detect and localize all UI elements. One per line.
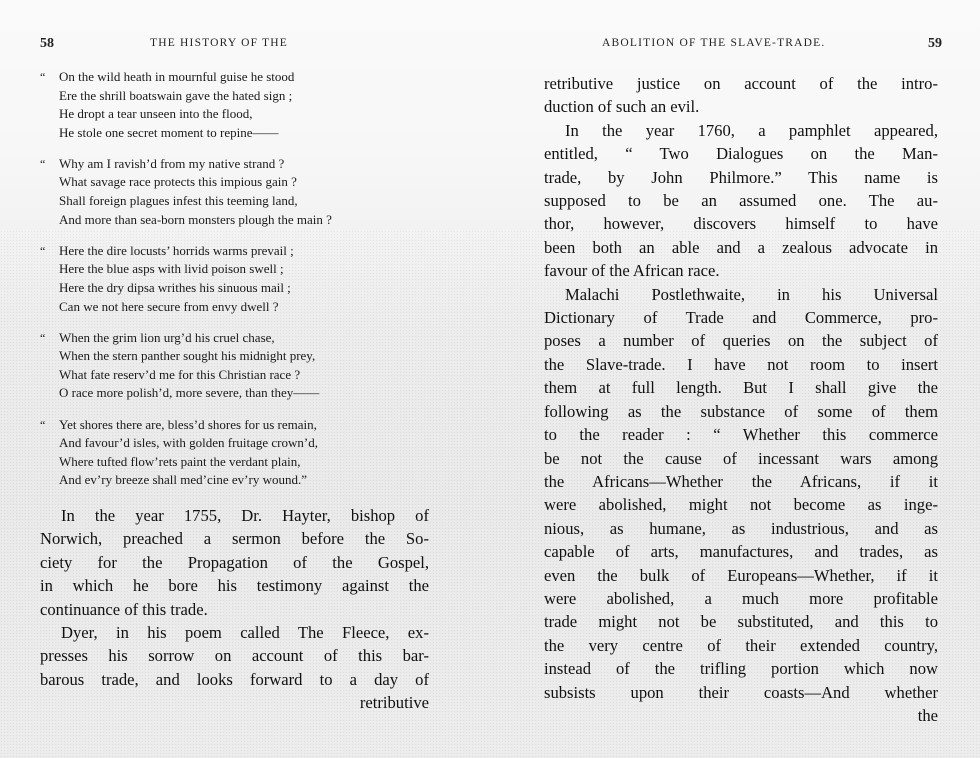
text-line: the very centre of their extended countr… xyxy=(544,634,938,657)
text-line: the Slave-trade. I have not room to inse… xyxy=(544,353,938,376)
verse-line: Here the blue asps with livid poison swe… xyxy=(40,260,430,279)
verse-text: When the grim lion urg’d his cruel chase… xyxy=(59,330,275,345)
verse-line: “Yet shores there are, bless’d shores fo… xyxy=(40,416,430,435)
stanza-2: “Why am I ravish’d from my native strand… xyxy=(40,155,430,229)
text-line: supposed to be an assumed one. The au- xyxy=(544,189,938,212)
text-line: continuance of this trade. xyxy=(40,598,429,621)
verse-text: Yet shores there are, bless’d shores for… xyxy=(59,417,317,432)
verse-text: On the wild heath in mournful guise he s… xyxy=(59,69,294,84)
text-line: retributive justice on account of the in… xyxy=(544,72,938,95)
open-quote-mark: “ xyxy=(40,416,45,435)
text-line: ciety for the Propagation of the Gospel, xyxy=(40,551,429,574)
text-line: following as the substance of some of th… xyxy=(544,400,938,423)
paragraph-postlethwaite: Malachi Postlethwaite, in his Universal … xyxy=(544,283,938,728)
left-running-head: 58 THE HISTORY OF THE xyxy=(40,36,340,56)
catchword: retributive xyxy=(40,691,429,714)
text-line: capable of arts, manufactures, and trade… xyxy=(544,540,938,563)
catchword: the xyxy=(544,704,938,727)
page-number-right: 59 xyxy=(928,36,942,52)
text-line: Malachi Postlethwaite, in his Universal xyxy=(544,283,938,306)
verse-line: Shall foreign plagues infest this teemin… xyxy=(40,192,430,211)
paragraph-hayter: In the year 1755, Dr. Hayter, bishop of … xyxy=(40,504,429,621)
text-line: Dictionary of Trade and Commerce, pro- xyxy=(544,306,938,329)
verse-line: And more than sea-born monsters plough t… xyxy=(40,211,430,230)
left-prose: In the year 1755, Dr. Hayter, bishop of … xyxy=(40,504,429,715)
text-line: presses his sorrow on account of this ba… xyxy=(40,644,429,667)
stanza-4: “When the grim lion urg’d his cruel chas… xyxy=(40,329,430,403)
verse-line: “Why am I ravish’d from my native strand… xyxy=(40,155,430,174)
text-line: be not the cause of incessant wars among xyxy=(544,447,938,470)
running-head-title-left: THE HISTORY OF THE xyxy=(150,37,288,49)
text-line: trade might not be substituted, and this… xyxy=(544,610,938,633)
verse-line: When the stern panther sought his midnig… xyxy=(40,347,430,366)
text-line: were abolished, a much more profitable xyxy=(544,587,938,610)
verse-line: What savage race protects this impious g… xyxy=(40,173,430,192)
right-prose: retributive justice on account of the in… xyxy=(544,72,938,727)
verse-block: “On the wild heath in mournful guise he … xyxy=(40,68,430,502)
verse-line: He dropt a tear unseen into the flood, xyxy=(40,105,430,124)
text-line: subsists upon their coasts—And whether xyxy=(544,681,938,704)
text-line: entitled, “ Two Dialogues on the Man- xyxy=(544,142,938,165)
verse-line: O race more polish’d, more severe, than … xyxy=(40,384,430,403)
verse-line: Ere the shrill boatswain gave the hated … xyxy=(40,87,430,106)
text-line: trade, by John Philmore.” This name is xyxy=(544,166,938,189)
verse-text: Here the dire locusts’ horrids warms pre… xyxy=(59,243,294,258)
verse-line: Can we not here secure from envy dwell ? xyxy=(40,298,430,317)
text-line: to the reader : “ Whether this commerce xyxy=(544,423,938,446)
text-line: nious, as humane, as industrious, and as xyxy=(544,517,938,540)
text-line: barous trade, and looks forward to a day… xyxy=(40,668,429,691)
verse-line: He stole one secret moment to repine—— xyxy=(40,124,430,143)
verse-line: “When the grim lion urg’d his cruel chas… xyxy=(40,329,430,348)
paragraph-retributive: retributive justice on account of the in… xyxy=(544,72,938,119)
verse-line: And ev’ry breeze shall med’cine ev’ry wo… xyxy=(40,471,430,490)
text-line: the Africans—Whether the Africans, if it xyxy=(544,470,938,493)
verse-line: “Here the dire locusts’ horrids warms pr… xyxy=(40,242,430,261)
text-line: Dyer, in his poem called The Fleece, ex- xyxy=(40,621,429,644)
paragraph-dyer: Dyer, in his poem called The Fleece, ex-… xyxy=(40,621,429,715)
text-line: Norwich, preached a sermon before the So… xyxy=(40,527,429,550)
text-line: In the year 1760, a pamphlet appeared, xyxy=(544,119,938,142)
text-line: favour of the African race. xyxy=(544,259,938,282)
stanza-1: “On the wild heath in mournful guise he … xyxy=(40,68,430,142)
running-head-title-right: ABOLITION OF THE SLAVE-TRADE. xyxy=(602,37,825,49)
text-line: poses a number of queries on the subject… xyxy=(544,329,938,352)
verse-line: What fate reserv’d me for this Christian… xyxy=(40,366,430,385)
verse-line: And favour’d isles, with golden fruitage… xyxy=(40,434,430,453)
text-line: been both an able and a zealous advocate… xyxy=(544,236,938,259)
right-running-head: ABOLITION OF THE SLAVE-TRADE. 59 xyxy=(602,36,942,56)
text-line: instead of the trifling portion which no… xyxy=(544,657,938,680)
open-quote-mark: “ xyxy=(40,242,45,261)
text-line: thor, however, discovers himself to have xyxy=(544,212,938,235)
text-line: were abolished, might not become as inge… xyxy=(544,493,938,516)
stanza-3: “Here the dire locusts’ horrids warms pr… xyxy=(40,242,430,316)
verse-text: Why am I ravish’d from my native strand … xyxy=(59,156,284,171)
verse-line: “On the wild heath in mournful guise he … xyxy=(40,68,430,87)
open-quote-mark: “ xyxy=(40,155,45,174)
page-number-left: 58 xyxy=(40,36,54,52)
text-line: them at full length. But I shall give th… xyxy=(544,376,938,399)
open-quote-mark: “ xyxy=(40,329,45,348)
text-line: In the year 1755, Dr. Hayter, bishop of xyxy=(40,504,429,527)
open-quote-mark: “ xyxy=(40,68,45,87)
paragraph-philmore: In the year 1760, a pamphlet appeared, e… xyxy=(544,119,938,283)
stanza-5: “Yet shores there are, bless’d shores fo… xyxy=(40,416,430,490)
verse-line: Where tufted flow’rets paint the verdant… xyxy=(40,453,430,472)
text-line: duction of such an evil. xyxy=(544,95,938,118)
verse-line: Here the dry dipsa writhes his sinuous m… xyxy=(40,279,430,298)
text-line: even the bulk of Europeans—Whether, if i… xyxy=(544,564,938,587)
text-line: in which he bore his testimony against t… xyxy=(40,574,429,597)
left-page: 58 THE HISTORY OF THE “On the wild heath… xyxy=(0,0,490,758)
